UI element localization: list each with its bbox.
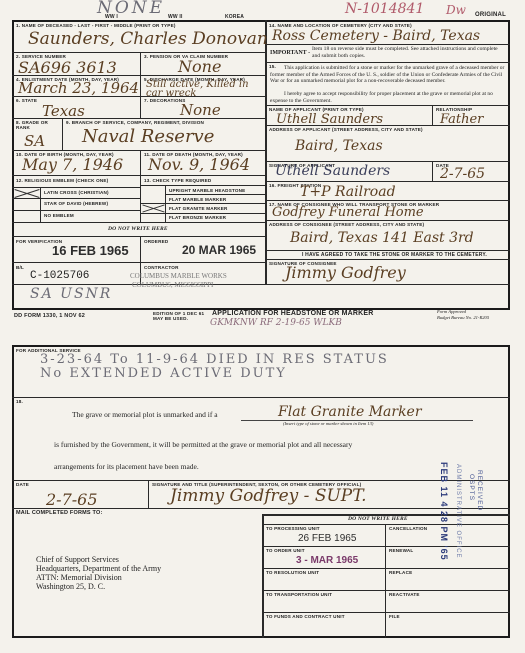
divider	[265, 181, 510, 182]
divider	[12, 397, 510, 398]
date-of-birth: May 7, 1946	[22, 155, 123, 174]
bl-number: C-1025706	[30, 270, 89, 282]
original-label: ORIGINAL	[475, 12, 506, 18]
routing-label: TO RESOLUTION UNIT	[266, 570, 319, 575]
divider	[12, 262, 265, 263]
divider	[262, 612, 510, 613]
divider	[140, 185, 265, 186]
item9-label: 9. BRANCH OF SERVICE, COMPANY, REGIMENT,…	[66, 120, 204, 125]
important-label: IMPORTANT -	[270, 50, 310, 56]
grade: SA	[24, 132, 45, 150]
branch-of-service: Naval Reserve	[82, 126, 214, 147]
address-line: Chief of Support Services	[36, 555, 119, 564]
divider	[140, 150, 141, 222]
mail-to-label: MAIL COMPLETED FORMS TO:	[16, 510, 102, 516]
center-divider	[265, 20, 267, 284]
cemetery-name: Ross Cemetery - Baird, Texas	[272, 28, 480, 44]
additional-service-line2: No EXTENDED ACTIVE DUTY	[40, 366, 287, 381]
edition-note: EDITION OF 1 DEC 61 MAY BE USED.	[153, 311, 211, 321]
address-line: Headquarters, Department of the Army	[36, 564, 161, 573]
discharge-date: Still active, Killed in car wreck	[146, 80, 264, 98]
back-date: 2-7-65	[46, 490, 98, 509]
item18-text-before: The grave or memorial plot is unmarked a…	[72, 410, 218, 419]
file-initials: Dw	[446, 3, 466, 17]
contractor-line1: COLUMBUS MARBLE WORKS	[130, 272, 227, 280]
action-label: FILE	[389, 614, 400, 619]
service-number: SA696 3613	[18, 58, 117, 77]
divider	[265, 125, 510, 126]
bl-label: B/L	[16, 265, 24, 270]
received-stamp: FEB 11 4 28 PM '65 ADMINISTRATIVE OFFICE…	[395, 462, 485, 582]
divider	[140, 52, 141, 118]
contractor-line2: COLUMBUS, MISSISSIPPI	[132, 281, 213, 289]
state: Texas	[42, 102, 85, 120]
divider	[12, 150, 265, 151]
freight-station: T+P Railroad	[300, 184, 396, 200]
item6-label: 6. STATE	[16, 98, 37, 103]
divider	[12, 198, 140, 199]
routing-label: TO ORDER UNIT	[266, 548, 305, 553]
item13-label: 13. CHECK TYPE REQUIRED	[144, 178, 211, 183]
option-label: LATIN CROSS (Christian)	[44, 190, 109, 195]
routing-stamp: 26 FEB 1965	[298, 533, 356, 544]
consignee-address-label: ADDRESS OF CONSIGNEE (Street address, Ci…	[269, 222, 424, 227]
divider	[62, 118, 63, 150]
option-label: FLAT BRONZE MARKER	[169, 215, 226, 220]
divider	[12, 284, 510, 285]
routing-stamp: 3 - MAR 1965	[296, 555, 358, 566]
option-label: NO EMBLEM	[44, 213, 74, 218]
divider	[12, 236, 265, 237]
divider	[265, 44, 510, 45]
divider	[12, 210, 140, 211]
verification-stamp: 16 FEB 1965	[52, 243, 129, 258]
margin-note: SA USNR	[30, 286, 112, 302]
agreement-text: I HAVE AGREED TO TAKE THE STONE OR MARKE…	[302, 252, 487, 258]
divider	[40, 187, 41, 222]
pension-number: None	[178, 57, 221, 76]
contractor-label: CONTRACTOR	[144, 265, 179, 270]
received-line1: RECEIVED	[476, 470, 483, 511]
address-line: Washington 25, D. C.	[36, 582, 105, 591]
address-line: ATTN: Memorial Division	[36, 573, 122, 582]
ordered-stamp: 20 MAR 1965	[182, 243, 256, 257]
official-signature: Jimmy Godfrey - SUPT.	[170, 486, 367, 506]
item8-label: 8. GRADE OR RANK	[16, 120, 60, 130]
option-label: FLAT MARBLE MARKER	[169, 197, 226, 202]
item18-label: 18.	[16, 399, 23, 404]
consignee-name: Godfrey Funeral Home	[272, 205, 424, 220]
ordered-label: ORDERED	[144, 239, 168, 244]
do-not-write-label: DO NOT WRITE HERE	[108, 226, 168, 232]
received-line2: OSPTS	[468, 474, 475, 501]
divider	[12, 52, 265, 53]
divider	[140, 213, 265, 214]
divider	[265, 259, 510, 260]
important-text: Item 18 on reverse side must be complete…	[312, 46, 507, 60]
item18-fill-hint: (Insert type of stone or marker shown in…	[283, 421, 373, 426]
applicant-signature: Uthell Saunders	[275, 163, 390, 179]
divider	[265, 250, 510, 251]
routing-label: TO TRANSPORTATION UNIT	[266, 592, 332, 597]
received-office: ADMINISTRATIVE OFFICE	[455, 464, 461, 559]
item15-agreement: I hereby agree to accept responsibility …	[270, 91, 506, 104]
divider	[385, 524, 386, 638]
form-title: APPLICATION FOR HEADSTONE OR MARKER	[212, 310, 374, 317]
back-date-label: DATE	[16, 482, 29, 487]
divider	[265, 161, 510, 162]
divider	[165, 194, 265, 195]
divider	[262, 514, 264, 638]
action-label: REACTIVATE	[389, 592, 420, 597]
divider	[265, 105, 510, 106]
applicant-address-label: ADDRESS OF APPLICANT (Street address, Ci…	[269, 127, 423, 132]
check-mark-icon	[142, 203, 165, 213]
footer-handwritten: GKMKNW RF 2-19-65 WLKB	[210, 318, 342, 328]
divider	[265, 62, 510, 63]
divider	[265, 220, 510, 221]
divider	[265, 200, 510, 201]
divider	[148, 480, 149, 508]
divider	[432, 161, 433, 181]
routing-label: TO PROCESSING UNIT	[266, 526, 320, 531]
item18-text-after1: is furnished by the Government, it will …	[54, 440, 352, 449]
applicant-date: 2-7-65	[440, 166, 485, 182]
item12-label: 12. RELIGIOUS EMBLEM (Check one)	[16, 178, 108, 183]
option-label: UPRIGHT MARBLE HEADSTONE	[169, 188, 245, 193]
option-label: FLAT GRANITE MARKER	[169, 206, 228, 211]
item18-text-after2: arrangements for its placement have been…	[54, 462, 199, 471]
check-mark-icon	[14, 187, 40, 198]
divider	[262, 590, 510, 591]
form-number: DD FORM 1330, 1 NOV 62	[14, 313, 85, 319]
option-label: STAR OF DAVID (Hebrew)	[44, 201, 108, 206]
applicant-address: Baird, Texas	[295, 138, 383, 154]
routing-label: TO FUNDS AND CONTRACT UNIT	[266, 614, 345, 619]
date-of-death: Nov. 9, 1964	[148, 155, 250, 174]
consignee-address: Baird, Texas 141 East 3rd	[290, 230, 474, 246]
received-date: FEB 11 4 28 PM '65	[439, 462, 449, 561]
item18-filled-value: Flat Granite Marker	[278, 404, 422, 420]
divider	[12, 222, 265, 223]
deceased-name: Saunders, Charles Donovan	[28, 29, 268, 49]
item1-label: 1. NAME OF DECEASED - LAST - FIRST - MID…	[16, 23, 176, 28]
decorations: None	[180, 101, 221, 119]
enlistment-date: March 23, 1964	[18, 79, 139, 97]
form-approved: Form Approved	[437, 309, 466, 314]
additional-service-line1: 3-23-64 To 11-9-64 DIED IN RES STATUS	[40, 352, 389, 367]
divider	[432, 105, 433, 125]
none-annotation: NONE	[97, 0, 165, 18]
item15-text: This application is submitted for a ston…	[270, 65, 506, 85]
consignee-signature: Jimmy Godfrey	[285, 263, 406, 282]
divider	[12, 175, 265, 176]
file-number: N-1014841	[345, 1, 424, 17]
budget-bureau: Budget Bureau No. 21-R205	[437, 315, 489, 320]
